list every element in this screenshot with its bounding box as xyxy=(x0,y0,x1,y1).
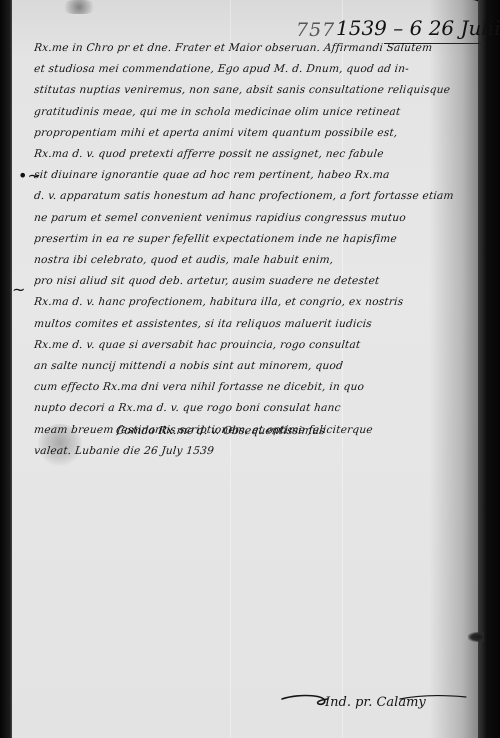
signature: Ind. pr. Calamy xyxy=(280,689,470,719)
letter-line: d. v. apparatum satis honestum ad hanc p… xyxy=(33,186,467,207)
letter-line: nupto decori a Rx.ma d. v. que rogo boni… xyxy=(33,398,467,419)
letter-line: multos comites et assistentes, si ita re… xyxy=(33,314,467,335)
letter-line: Rx.me in Chro pr et dne. Frater et Maior… xyxy=(33,38,467,59)
letter-line: stitutas nuptias veniremus, non sane, ab… xyxy=(33,80,467,101)
letter-line: presertim in ea re super fefellit expect… xyxy=(33,229,467,250)
manuscript-scan: 757 1539 – 6 26 Julii •~ ~ Rx.me in Chro… xyxy=(0,0,500,738)
letter-line: sit diuinare ignorantie quae ad hoc rem … xyxy=(33,165,467,186)
letter-line: nostra ibi celebrato, quod et audis, mal… xyxy=(33,250,467,271)
letter-dateline: valeat. Lubanie die 26 July 1539 xyxy=(33,441,467,462)
letter-line: propropentiam mihi et aperta animi vitem… xyxy=(33,123,467,144)
letter-closing: Comdo Rx.me d. v. Obsequentissimus xyxy=(115,424,325,437)
scan-right-border xyxy=(478,0,500,738)
letter-line: Rx.ma d. v. hanc profectionem, habitura … xyxy=(33,292,467,313)
letter-line: et studiosa mei commendatione, Ego apud … xyxy=(33,59,467,80)
edge-ink-mark xyxy=(468,632,484,642)
signature-name: Ind. pr. Calamy xyxy=(325,695,426,710)
letter-line: ne parum et semel convenient venimus rap… xyxy=(33,208,467,229)
ink-smudge xyxy=(62,0,96,14)
letter-body: Rx.me in Chro pr et dne. Frater et Maior… xyxy=(34,38,466,462)
letter-line: cum effecto Rx.ma dni vera nihil fortass… xyxy=(33,377,467,398)
letter-line: gratitudinis meae, qui me in schola medi… xyxy=(33,102,467,123)
letter-line: an salte nuncij mittendi a nobis sint au… xyxy=(33,356,467,377)
margin-mark: ~ xyxy=(12,282,25,298)
letter-line: Rx.ma d. v. quod pretexti afferre possit… xyxy=(33,144,467,165)
letter-line: pro nisi aliud sit quod deb. artetur, au… xyxy=(33,271,467,292)
letter-line: Rx.me d. v. quae si aversabit hac prouin… xyxy=(33,335,467,356)
header-date-annotation: 1539 – 6 26 Julii xyxy=(336,16,500,40)
